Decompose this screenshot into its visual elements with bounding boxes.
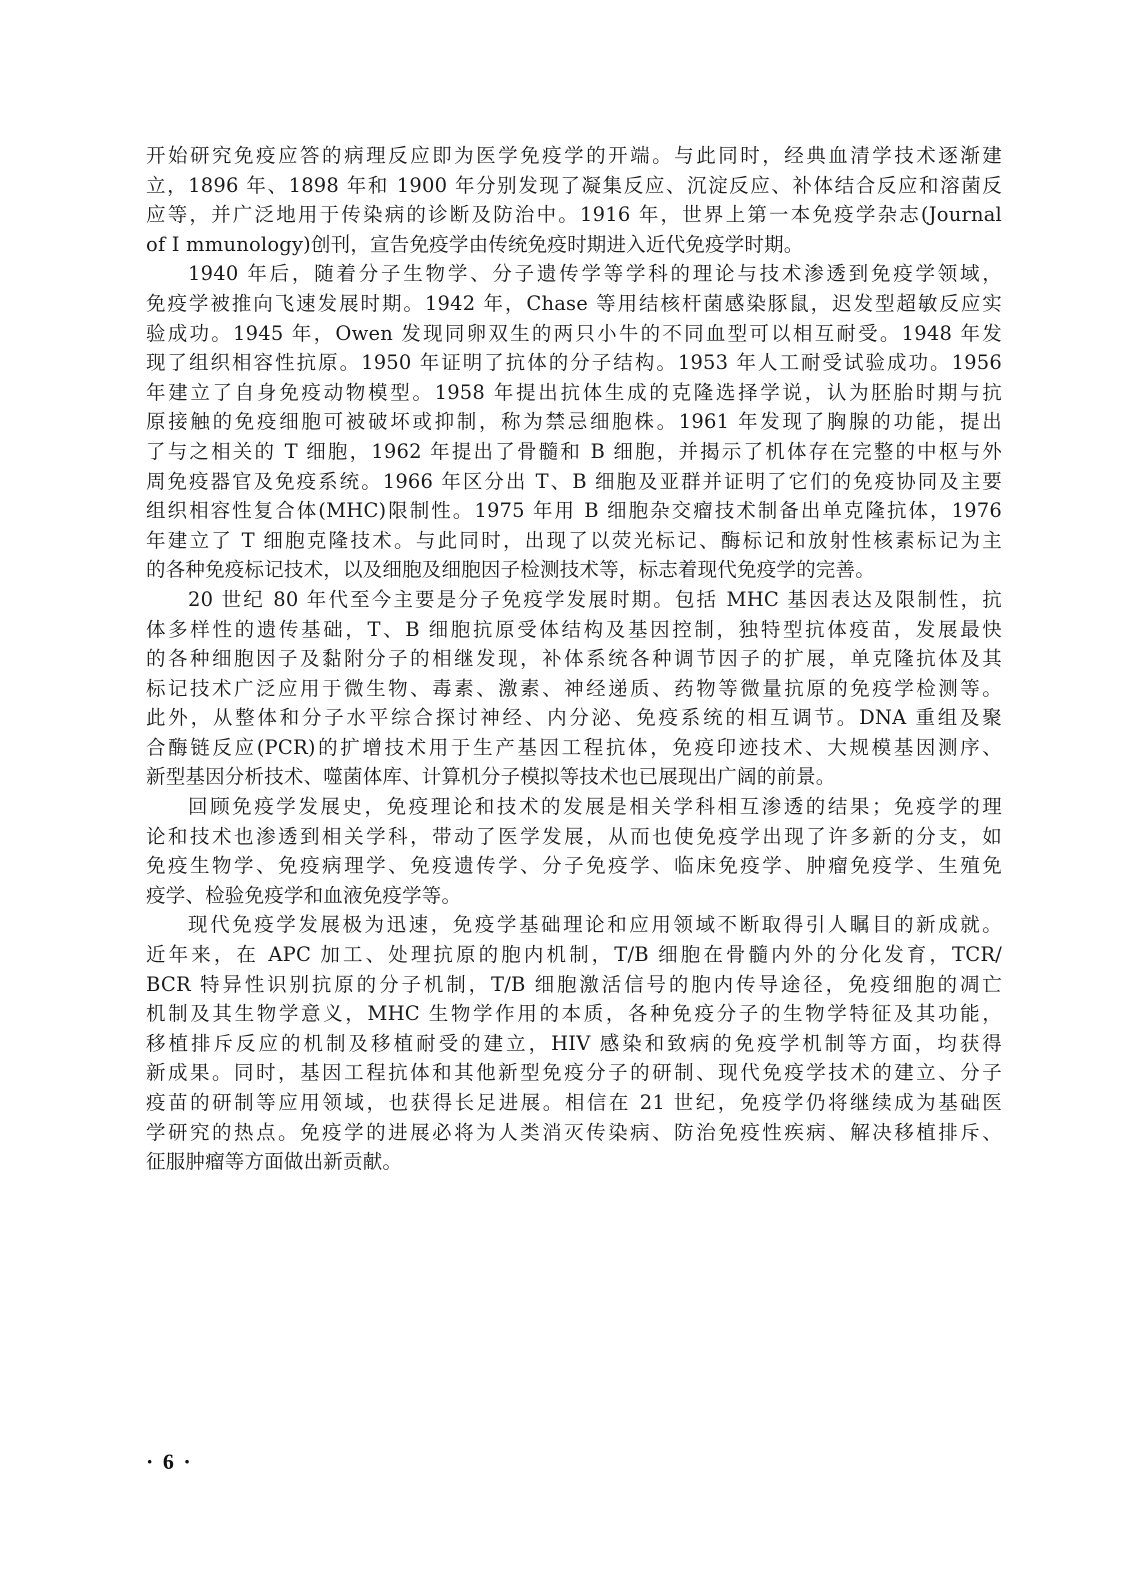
text-line: 疫苗的研制等应用领域，也获得长足进展。相信在 21 世纪，免疫学仍将继续成为基础… xyxy=(146,1088,1002,1118)
text-line: 现代免疫学发展极为迅速，免疫学基础理论和应用领域不断取得引人瞩目的新成就。 xyxy=(146,910,1002,940)
paragraph: 回顾免疫学发展史，免疫理论和技术的发展是相关学科相互渗透的结果；免疫学的理 论和… xyxy=(146,792,1002,910)
text-line: 年建立了自身免疫动物模型。1958 年提出抗体生成的克隆选择学说，认为胚胎时期与… xyxy=(146,378,1002,408)
text-line: 组织相容性复合体(MHC)限制性。1975 年用 B 细胞杂交瘤技术制备出单克隆… xyxy=(146,496,1002,526)
text-line: 应等，并广泛地用于传染病的诊断及防治中。1916 年，世界上第一本免疫学杂志(J… xyxy=(146,200,1002,230)
page-number-dot-right: · xyxy=(183,1449,192,1474)
paragraph: 1940 年后，随着分子生物学、分子遗传学等学科的理论与技术渗透到免疫学领域， … xyxy=(146,259,1002,585)
text-line: 此外，从整体和分子水平综合探讨神经、内分泌、免疫系统的相互调节。DNA 重组及聚 xyxy=(146,703,1002,733)
page-number-dot-left: · xyxy=(146,1449,155,1474)
text-line: 机制及其生物学意义，MHC 生物学作用的本质，各种免疫分子的生物学特征及其功能， xyxy=(146,999,1002,1029)
paragraph: 现代免疫学发展极为迅速，免疫学基础理论和应用领域不断取得引人瞩目的新成就。 近年… xyxy=(146,910,1002,1176)
text-line: 1940 年后，随着分子生物学、分子遗传学等学科的理论与技术渗透到免疫学领域， xyxy=(146,259,1002,289)
text-line: 的各种免疫标记技术，以及细胞及细胞因子检测技术等，标志着现代免疫学的完善。 xyxy=(146,555,1002,585)
text-line: 移植排斥反应的机制及移植耐受的建立，HIV 感染和致病的免疫学机制等方面，均获得 xyxy=(146,1029,1002,1059)
paragraph: 开始研究免疫应答的病理反应即为医学免疫学的开端。与此同时，经典血清学技术逐渐建 … xyxy=(146,141,1002,259)
text-line: 新型基因分析技术、噬菌体库、计算机分子模拟等技术也已展现出广阔的前景。 xyxy=(146,762,1002,792)
text-line: 了与之相关的 T 细胞，1962 年提出了骨髓和 B 细胞，并揭示了机体存在完整… xyxy=(146,437,1002,467)
text-line: 原接触的免疫细胞可被破坏或抑制，称为禁忌细胞株。1961 年发现了胸腺的功能，提… xyxy=(146,407,1002,437)
text-line: BCR 特异性识别抗原的分子机制，T/B 细胞激活信号的胞内传导途径，免疫细胞的… xyxy=(146,970,1002,1000)
text-line: 立，1896 年、1898 年和 1900 年分别发现了凝集反应、沉淀反应、补体… xyxy=(146,171,1002,201)
text-line: 年建立了 T 细胞克隆技术。与此同时，出现了以荧光标记、酶标记和放射性核素标记为… xyxy=(146,526,1002,556)
text-line: 合酶链反应(PCR)的扩增技术用于生产基因工程抗体，免疫印迹技术、大规模基因测序… xyxy=(146,733,1002,763)
text-line: 标记技术广泛应用于微生物、毒素、激素、神经递质、药物等微量抗原的免疫学检测等。 xyxy=(146,674,1002,704)
paragraph: 20 世纪 80 年代至今主要是分子免疫学发展时期。包括 MHC 基因表达及限制… xyxy=(146,585,1002,792)
text-line: 的各种细胞因子及黏附分子的相继发现，补体系统各种调节因子的扩展，单克隆抗体及其 xyxy=(146,644,1002,674)
text-line: 征服肿瘤等方面做出新贡献。 xyxy=(146,1147,1002,1177)
text-line: 回顾免疫学发展史，免疫理论和技术的发展是相关学科相互渗透的结果；免疫学的理 xyxy=(146,792,1002,822)
text-line: 体多样性的遗传基础，T、B 细胞抗原受体结构及基因控制，独特型抗体疫苗，发展最快 xyxy=(146,615,1002,645)
text-line: 学研究的热点。免疫学的进展必将为人类消灭传染病、防治免疫性疾病、解决移植排斥、 xyxy=(146,1118,1002,1148)
text-line: 开始研究免疫应答的病理反应即为医学免疫学的开端。与此同时，经典血清学技术逐渐建 xyxy=(146,141,1002,171)
text-line: 周免疫器官及免疫系统。1966 年区分出 T、B 细胞及亚群并证明了它们的免疫协… xyxy=(146,467,1002,497)
text-line: 验成功。1945 年，Owen 发现同卵双生的两只小牛的不同血型可以相互耐受。1… xyxy=(146,319,1002,349)
text-line: 论和技术也渗透到相关学科，带动了医学发展，从而也使免疫学出现了许多新的分支，如 xyxy=(146,822,1002,852)
page-number: · 6 · xyxy=(146,1449,193,1475)
text-line: of I mmunology)创刊，宣告免疫学由传统免疫时期进入近代免疫学时期。 xyxy=(146,230,1002,260)
text-line: 免疫学被推向飞速发展时期。1942 年，Chase 等用结核杆菌感染豚鼠，迟发型… xyxy=(146,289,1002,319)
text-line: 疫学、检验免疫学和血液免疫学等。 xyxy=(146,881,1002,911)
text-line: 免疫生物学、免疫病理学、免疫遗传学、分子免疫学、临床免疫学、肿瘤免疫学、生殖免 xyxy=(146,851,1002,881)
page-body: 开始研究免疫应答的病理反应即为医学免疫学的开端。与此同时，经典血清学技术逐渐建 … xyxy=(146,141,1002,1177)
text-line: 20 世纪 80 年代至今主要是分子免疫学发展时期。包括 MHC 基因表达及限制… xyxy=(146,585,1002,615)
text-line: 近年来，在 APC 加工、处理抗原的胞内机制，T/B 细胞在骨髓内外的分化发育，… xyxy=(146,940,1002,970)
text-line: 现了组织相容性抗原。1950 年证明了抗体的分子结构。1953 年人工耐受试验成… xyxy=(146,348,1002,378)
text-line: 新成果。同时，基因工程抗体和其他新型免疫分子的研制、现代免疫学技术的建立、分子 xyxy=(146,1058,1002,1088)
page-number-value: 6 xyxy=(163,1449,176,1474)
